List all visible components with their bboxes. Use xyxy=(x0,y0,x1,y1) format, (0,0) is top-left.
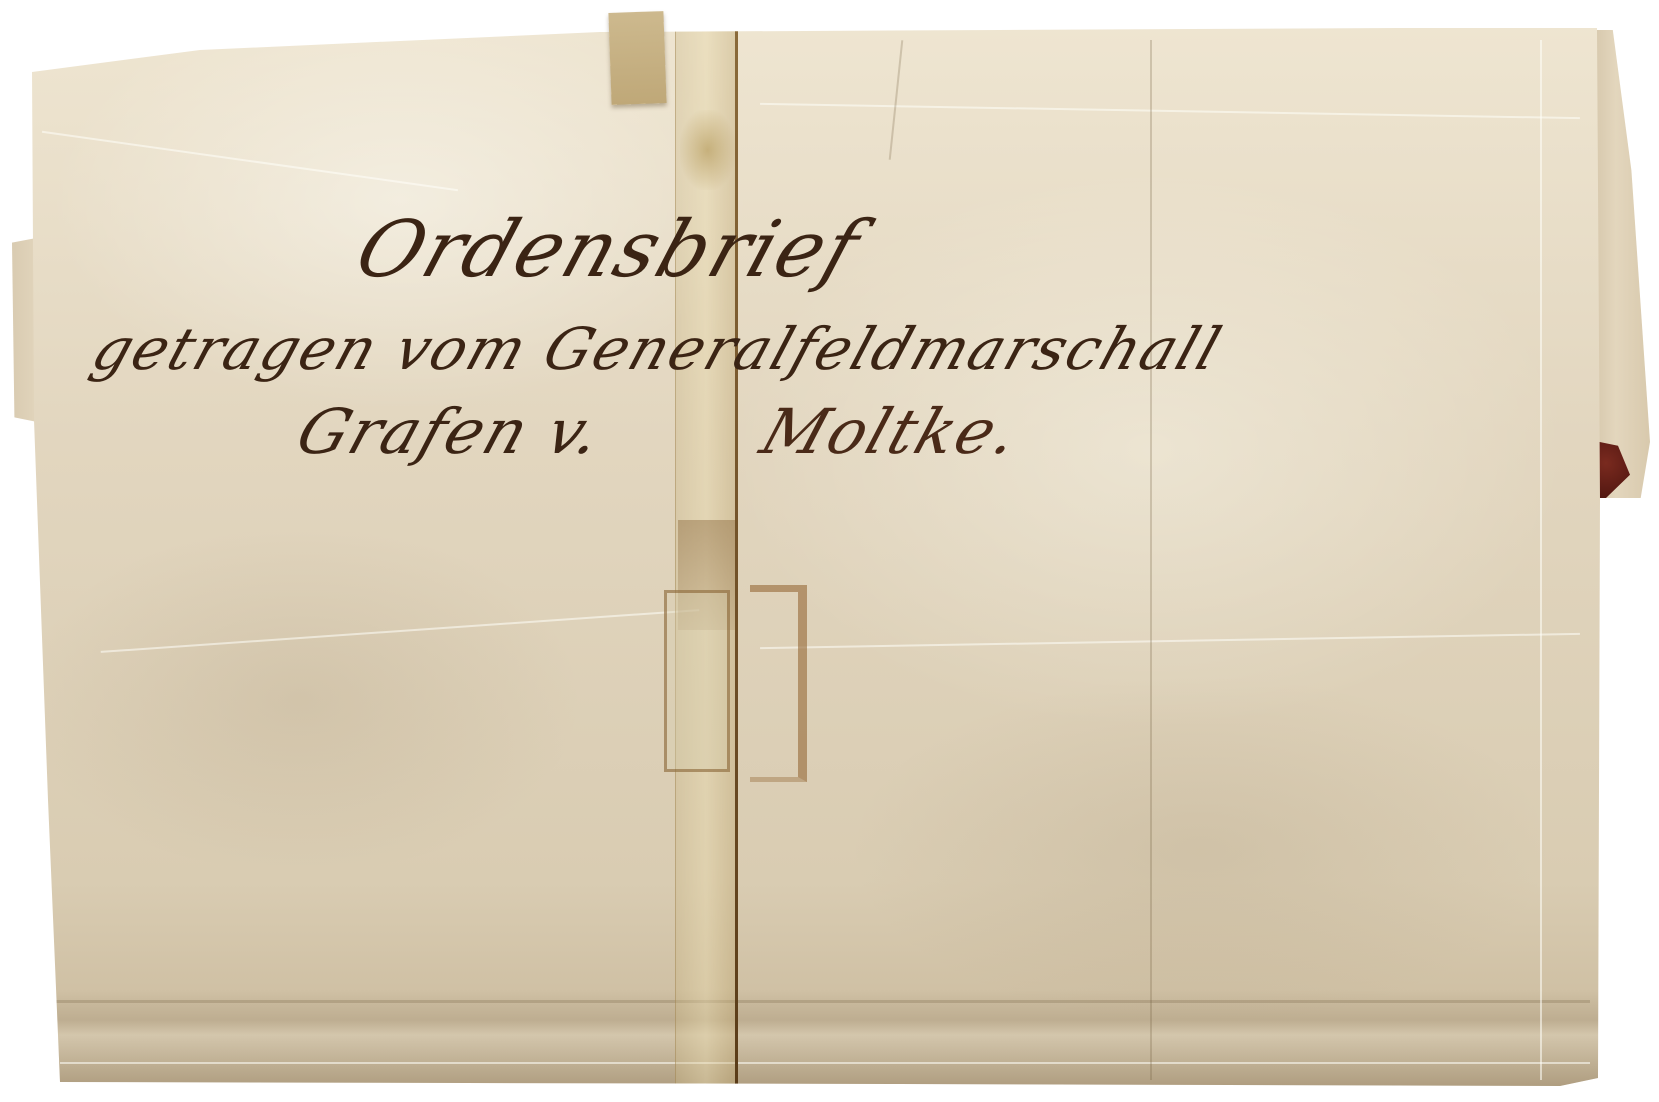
crease xyxy=(889,40,904,160)
center-seam xyxy=(735,28,738,1088)
crease xyxy=(760,633,1580,649)
handwriting-title: Grafen v. xyxy=(288,395,613,468)
crease xyxy=(60,1062,1590,1064)
crease xyxy=(40,1000,1590,1003)
handwriting-name: Moltke. xyxy=(752,395,1029,468)
crease xyxy=(760,103,1580,119)
crease xyxy=(1540,40,1542,1080)
handwriting-line-3: Grafen v. Moltke. xyxy=(288,395,1029,468)
crease xyxy=(1150,40,1152,1080)
crease xyxy=(42,131,458,191)
tape-stain xyxy=(680,110,735,190)
adhesive-stain xyxy=(750,585,807,782)
handwriting-line-2: getragen vom Generalfeldmarschall xyxy=(84,315,1231,383)
torn-tape-piece xyxy=(608,11,666,105)
tape-patch xyxy=(664,590,730,772)
handwriting-line-1: Ordensbrief xyxy=(345,205,871,295)
letter-envelope: Ordensbrief getragen vom Generalfeldmars… xyxy=(0,0,1659,1102)
crease xyxy=(101,609,700,653)
bottom-fold-band xyxy=(0,990,1659,1090)
